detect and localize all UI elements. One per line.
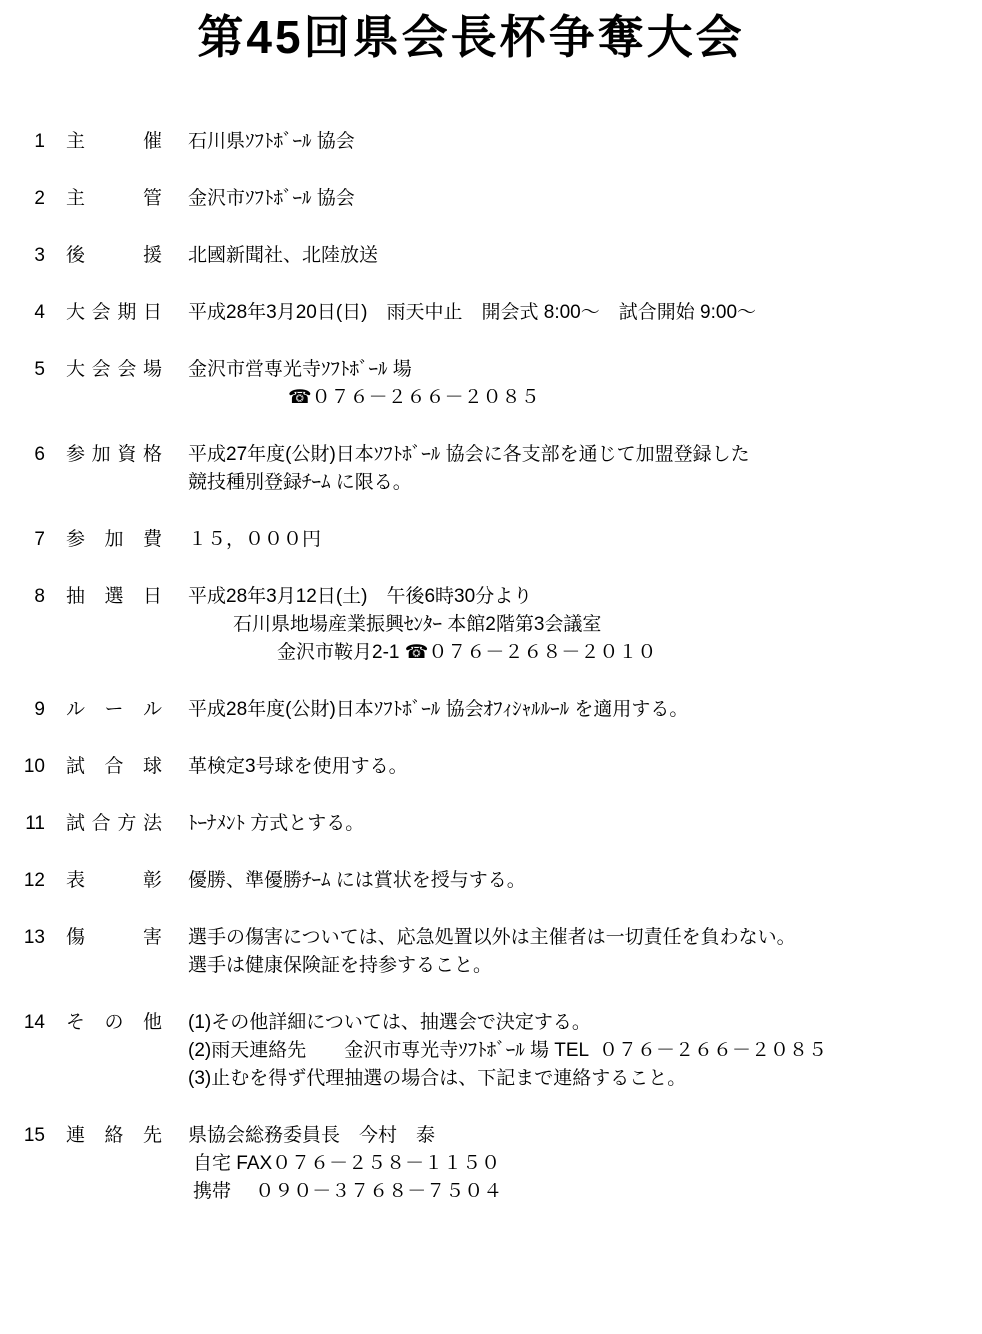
item-content: 県協会総務委員長 今村 泰 自宅 FAX０７６－２５８－１１５０ 携帯 ０９０－…	[188, 1122, 982, 1206]
item-content: 平成28年3月20日(日) 雨天中止 開会式 8:00～ 試合開始 9:00～	[188, 299, 982, 327]
phone-line: 金沢市鞍月2-1 ☎０７６－２６８－２０１０	[188, 639, 982, 667]
list-item-11: 11 試合方法 ﾄｰﾅﾒﾝﾄ 方式とする。	[0, 810, 982, 838]
text-line: (3)止むを得ず代理抽選の場合は、下記まで連絡すること。	[188, 1065, 982, 1093]
text-line: 石川県ｿﾌﾄﾎﾞｰﾙ 協会	[188, 128, 982, 156]
list-item-5: 5 大会会場 金沢市営専光寺ｿﾌﾄﾎﾞｰﾙ 場 ☎０７６－２６６－２０８５	[0, 356, 982, 412]
item-label: 大会会場	[66, 356, 162, 412]
item-label: 参加費	[66, 526, 162, 554]
item-label: 参加資格	[66, 441, 162, 497]
item-label: その他	[66, 1009, 162, 1093]
item-number: 12	[0, 867, 45, 895]
text-line: 石川県地場産業振興ｾﾝﾀｰ 本館2階第3会議室	[188, 611, 982, 639]
item-content: 金沢市営専光寺ｿﾌﾄﾎﾞｰﾙ 場 ☎０７６－２６６－２０８５	[188, 356, 982, 412]
item-content: 選手の傷害については、応急処置以外は主催者は一切責任を負わない。 選手は健康保険…	[188, 924, 982, 980]
list-item-8: 8 抽選日 平成28年3月12日(土) 午後6時30分より 石川県地場産業振興ｾ…	[0, 583, 982, 667]
mobile-line: 携帯 ０９０－３７６８－７５０４	[188, 1178, 982, 1206]
list-item-12: 12 表彰 優勝、準優勝ﾁｰﾑ には賞状を授与する。	[0, 867, 982, 895]
item-number: 13	[0, 924, 45, 980]
list-item-2: 2 主管 金沢市ｿﾌﾄﾎﾞｰﾙ 協会	[0, 185, 982, 213]
item-content: 優勝、準優勝ﾁｰﾑ には賞状を授与する。	[188, 867, 982, 895]
item-number: 1	[0, 128, 45, 156]
text-line: １５，０００円	[188, 526, 982, 554]
text-line: ﾄｰﾅﾒﾝﾄ 方式とする。	[188, 810, 982, 838]
text-line: 革検定3号球を使用する。	[188, 753, 982, 781]
item-number: 4	[0, 299, 45, 327]
item-label: 抽選日	[66, 583, 162, 667]
page-title: 第45回県会長杯争奪大会	[0, 12, 962, 62]
text-line: 金沢市ｿﾌﾄﾎﾞｰﾙ 協会	[188, 185, 982, 213]
list-item-4: 4 大会期日 平成28年3月20日(日) 雨天中止 開会式 8:00～ 試合開始…	[0, 299, 982, 327]
list-item-14: 14 その他 (1)その他詳細については、抽選会で決定する。 (2)雨天連絡先 …	[0, 1009, 982, 1093]
item-label: ルール	[66, 696, 162, 724]
item-content: １５，０００円	[188, 526, 982, 554]
item-number: 9	[0, 696, 45, 724]
list-item-7: 7 参加費 １５，０００円	[0, 526, 982, 554]
list-item-3: 3 後援 北國新聞社、北陸放送	[0, 242, 982, 270]
item-number: 11	[0, 810, 45, 838]
item-number: 10	[0, 753, 45, 781]
text-line: 平成28年3月20日(日) 雨天中止 開会式 8:00～ 試合開始 9:00～	[188, 299, 982, 327]
item-content: 平成27年度(公財)日本ｿﾌﾄﾎﾞｰﾙ 協会に各支部を通じて加盟登録した 競技種…	[188, 441, 982, 497]
list-item-6: 6 参加資格 平成27年度(公財)日本ｿﾌﾄﾎﾞｰﾙ 協会に各支部を通じて加盟登…	[0, 441, 982, 497]
item-content: (1)その他詳細については、抽選会で決定する。 (2)雨天連絡先 金沢市専光寺ｿ…	[188, 1009, 982, 1093]
list-item-9: 9 ルール 平成28年度(公財)日本ｿﾌﾄﾎﾞｰﾙ 協会ｵﾌｨｼｬﾙﾙｰﾙ を適…	[0, 696, 982, 724]
text-line: 平成28年度(公財)日本ｿﾌﾄﾎﾞｰﾙ 協会ｵﾌｨｼｬﾙﾙｰﾙ を適用する。	[188, 696, 982, 724]
phone-line: ☎０７６－２６６－２０８５	[188, 384, 982, 412]
item-label: 傷害	[66, 924, 162, 980]
item-label: 表彰	[66, 867, 162, 895]
item-content: 平成28年3月12日(土) 午後6時30分より 石川県地場産業振興ｾﾝﾀｰ 本館…	[188, 583, 982, 667]
item-content: 革検定3号球を使用する。	[188, 753, 982, 781]
text-line: 県協会総務委員長 今村 泰	[188, 1122, 982, 1150]
item-label: 大会期日	[66, 299, 162, 327]
item-number: 5	[0, 356, 45, 412]
text-line: 選手は健康保険証を持参すること。	[188, 952, 982, 980]
list-item-1: 1 主催 石川県ｿﾌﾄﾎﾞｰﾙ 協会	[0, 128, 982, 156]
document-page: 第45回県会長杯争奪大会 1 主催 石川県ｿﾌﾄﾎﾞｰﾙ 協会 2 主管 金沢市…	[0, 0, 982, 1206]
item-content: 石川県ｿﾌﾄﾎﾞｰﾙ 協会	[188, 128, 982, 156]
item-number: 2	[0, 185, 45, 213]
text-line: (1)その他詳細については、抽選会で決定する。	[188, 1009, 982, 1037]
list-item-15: 15 連絡先 県協会総務委員長 今村 泰 自宅 FAX０７６－２５８－１１５０ …	[0, 1122, 982, 1206]
item-label: 連絡先	[66, 1122, 162, 1206]
text-line: 平成27年度(公財)日本ｿﾌﾄﾎﾞｰﾙ 協会に各支部を通じて加盟登録した	[188, 441, 982, 469]
text-line: 優勝、準優勝ﾁｰﾑ には賞状を授与する。	[188, 867, 982, 895]
fax-line: 自宅 FAX０７６－２５８－１１５０	[188, 1150, 982, 1178]
item-label: 試合方法	[66, 810, 162, 838]
item-number: 15	[0, 1122, 45, 1206]
item-content: 北國新聞社、北陸放送	[188, 242, 982, 270]
text-line: 選手の傷害については、応急処置以外は主催者は一切責任を負わない。	[188, 924, 982, 952]
item-label: 主催	[66, 128, 162, 156]
list-item-10: 10 試合球 革検定3号球を使用する。	[0, 753, 982, 781]
item-number: 3	[0, 242, 45, 270]
text-line: (2)雨天連絡先 金沢市専光寺ｿﾌﾄﾎﾞｰﾙ 場 TEL ０７６－２６６－２０８…	[188, 1037, 982, 1065]
item-label: 後援	[66, 242, 162, 270]
item-label: 主管	[66, 185, 162, 213]
item-number: 6	[0, 441, 45, 497]
item-content: 平成28年度(公財)日本ｿﾌﾄﾎﾞｰﾙ 協会ｵﾌｨｼｬﾙﾙｰﾙ を適用する。	[188, 696, 982, 724]
item-content: 金沢市ｿﾌﾄﾎﾞｰﾙ 協会	[188, 185, 982, 213]
text-line: 金沢市営専光寺ｿﾌﾄﾎﾞｰﾙ 場	[188, 356, 982, 384]
item-number: 14	[0, 1009, 45, 1093]
text-line: 平成28年3月12日(土) 午後6時30分より	[188, 583, 982, 611]
item-content: ﾄｰﾅﾒﾝﾄ 方式とする。	[188, 810, 982, 838]
item-number: 7	[0, 526, 45, 554]
item-label: 試合球	[66, 753, 162, 781]
list-item-13: 13 傷害 選手の傷害については、応急処置以外は主催者は一切責任を負わない。 選…	[0, 924, 982, 980]
text-line: 北國新聞社、北陸放送	[188, 242, 982, 270]
text-line: 競技種別登録ﾁｰﾑ に限る。	[188, 469, 982, 497]
item-number: 8	[0, 583, 45, 667]
